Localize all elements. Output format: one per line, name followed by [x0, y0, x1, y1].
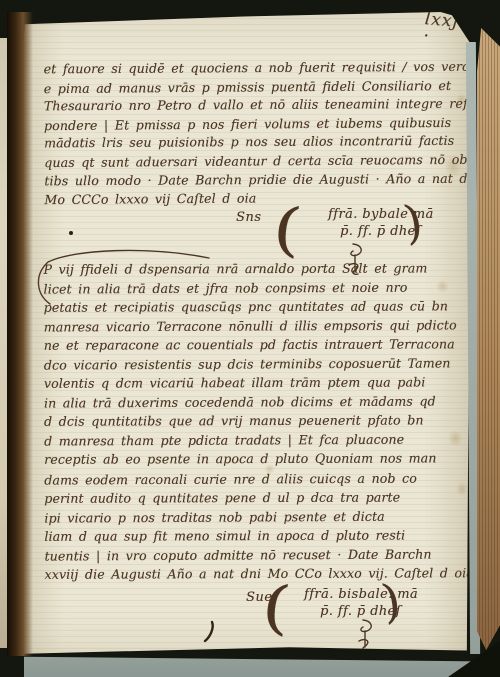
- text-line: d dcis quntitatibs que ad vrij manus peu…: [44, 411, 474, 432]
- text-line: dco vicario resistentis sup dcis termini…: [44, 354, 474, 375]
- text-line: P vij ffideli d dspensaria nrā arnaldo p…: [43, 258, 473, 279]
- text-line: e pima ad manus vrās p pmissis puentā fi…: [44, 76, 474, 98]
- fore-edge-stack: [477, 28, 500, 650]
- notary-paraph-icon: [355, 618, 377, 654]
- text-line: tuentis | in vro coputo admitte nō recus…: [44, 544, 474, 565]
- text-line: et fauore si quidē et quociens a nob fue…: [44, 58, 474, 79]
- text-line: volentis q dcm vicariū habeat illam trām…: [44, 373, 474, 394]
- text-line: licet in alia trā dats et jfra nob conps…: [43, 277, 473, 298]
- text-line: dams eodem raconali curie nre d aliis cu…: [44, 468, 474, 489]
- folio-number: lxxj ·: [423, 11, 472, 49]
- text-line: d manresa tham pte pdicta tradats | Et f…: [44, 430, 474, 451]
- ink-dot: [69, 231, 73, 235]
- text-line: manresa vicario Terracone nōnulli d illi…: [44, 315, 474, 336]
- text-line: mādatis lris seu puisionibs p nos seu al…: [44, 132, 474, 153]
- notary-bracket-open-icon: (: [270, 199, 304, 260]
- signature-prefix: Sns: [236, 211, 261, 224]
- ink-comma-mark: [202, 620, 216, 644]
- text-line: petatis et recipiatis quascūqs pnc qunti…: [44, 296, 474, 317]
- text-line: xxviij die Augusti Año a nat dni Mo CCo …: [44, 563, 474, 584]
- letter-1-text: et fauore si quidē et quociens a nob fue…: [44, 58, 475, 209]
- manuscript-page: lxxj · et fauore si quidē et quociens a …: [18, 12, 470, 655]
- notary-bracket-open-icon: (: [259, 577, 293, 638]
- text-line: quas qt sunt aduersari videantur d certa…: [44, 151, 474, 173]
- text-line: ne et reparacone ac couentials pd factis…: [44, 334, 474, 355]
- text-line: liam d qua sup fit meno simul in apoca d…: [44, 525, 474, 546]
- text-line: ipi vicario p nos traditas nob pabi psen…: [44, 506, 474, 527]
- text-line: perint audito q quntitates pene d ul p d…: [44, 487, 474, 508]
- text-line: in alia trā duxerims cocedendā nob dicim…: [44, 392, 474, 413]
- text-line: receptis ab eo psente in apoca d pluto Q…: [44, 449, 474, 470]
- table-surface: [24, 651, 497, 677]
- manuscript-photo: lxxj · et fauore si quidē et quociens a …: [0, 0, 500, 677]
- text-line: pondere | Et pmissa p nos fieri volums e…: [44, 113, 474, 135]
- scribe-name-line: ffrā. bisbale. mā: [304, 588, 418, 601]
- binding-gutter: [7, 12, 33, 656]
- letter-2-text: P vij ffideli d dspensaria nrā arnaldo p…: [43, 258, 474, 583]
